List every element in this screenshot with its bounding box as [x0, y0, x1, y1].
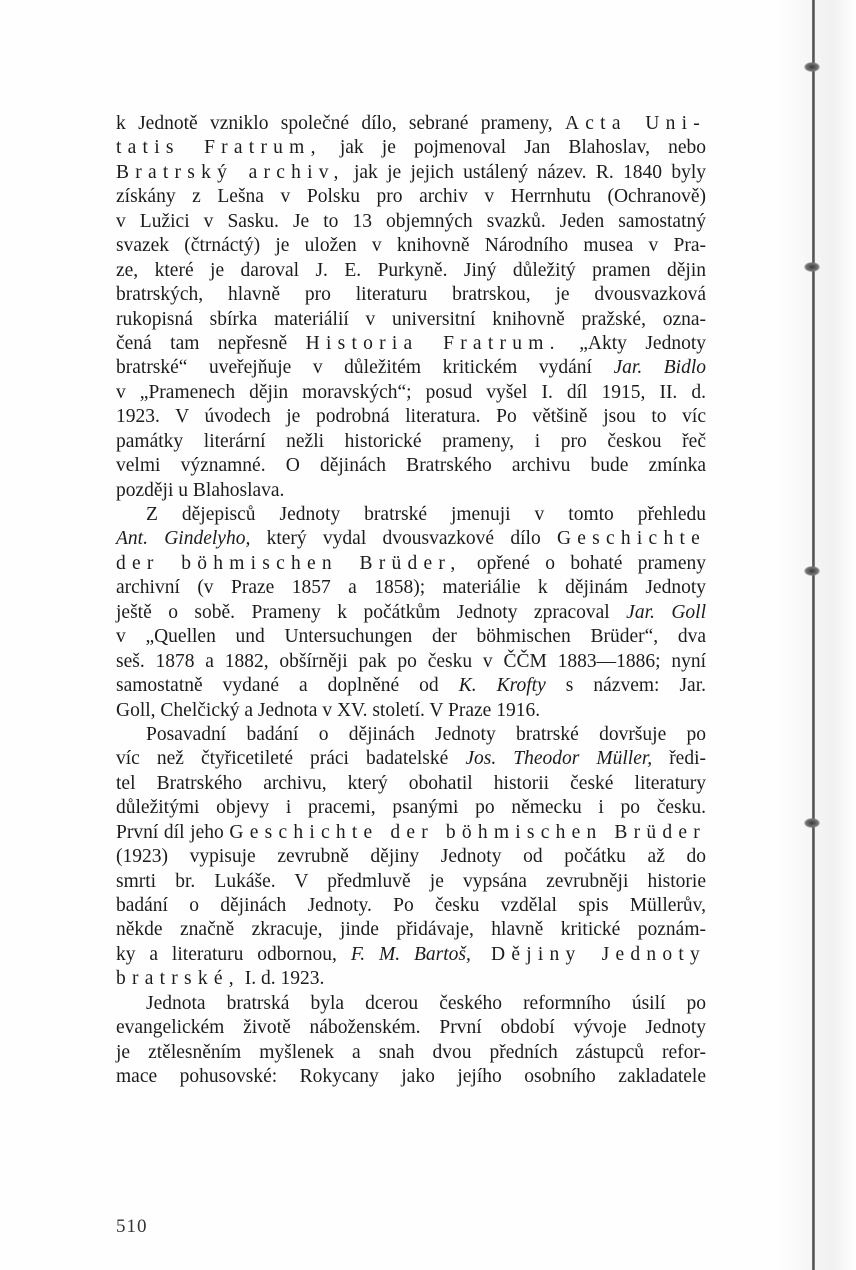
spaced-title: Geschichte der böhmischen Brüder: [229, 822, 706, 843]
text-line: v Lužici v Sasku. Je to 13 objemných sva…: [116, 210, 706, 234]
italic-author: F. M. Bartoš,: [351, 944, 471, 965]
text-line: později u Blahoslava.: [116, 479, 706, 503]
text-line: Bratrský archiv, jak je jejich ustálený …: [116, 161, 706, 185]
spaced-title: Historia Fratrum.: [306, 333, 561, 354]
text-run: někde značně zkracuje, jinde přidávaje, …: [116, 919, 706, 940]
text-run: samostatně vydané a doplněné od: [116, 675, 459, 696]
text-line: svazek (čtrnáctý) je uložen v knihovně N…: [116, 234, 706, 258]
binding-stitch: [804, 818, 820, 828]
text-run: velmi významné. O dějinách Bratrského ar…: [116, 455, 706, 476]
text-line: Jednota bratrská byla dcerou českého ref…: [116, 992, 706, 1016]
text-line: tel Bratrského archivu, který obohatil h…: [116, 772, 706, 796]
text-run: „Akty Jednoty: [561, 333, 706, 354]
text-run: ředi-: [652, 748, 706, 769]
text-line: Posavadní badání o dějinách Jednoty brat…: [116, 723, 706, 747]
text-line: (1923) vypisuje zevrubně dějiny Jednoty …: [116, 845, 706, 869]
text-line: mace pohusovské: Rokycany jako jejího os…: [116, 1065, 706, 1089]
spaced-title: Bratrský archiv,: [116, 162, 345, 183]
text-line: smrti br. Lukáše. V předmluvě je vypsána…: [116, 870, 706, 894]
text-line: ky a literaturu odbornou, F. M. Bartoš, …: [116, 943, 706, 967]
text-run: jak je pojmenoval Jan Blahoslav, nebo: [322, 137, 706, 158]
text-run: Jednota bratrská byla dcerou českého ref…: [146, 993, 706, 1014]
text-line: v „Quellen und Untersuchungen der böhmis…: [116, 625, 706, 649]
text-run: archivní (v Praze 1857 a 1858); materiál…: [116, 577, 706, 598]
text-run: bratrských, hlavně pro literaturu bratrs…: [116, 284, 706, 305]
binding-stitch: [804, 566, 820, 576]
italic-author: Jos. Theodor Müller,: [465, 748, 652, 769]
italic-author: K. Krofty: [459, 675, 546, 696]
text-run: rukopisná sbírka materiálií v universitn…: [116, 309, 706, 330]
text-line: 1923. V úvodech je podrobná literatura. …: [116, 405, 706, 429]
gutter-shadow: [776, 0, 856, 1270]
text-line: Z dějepisců Jednoty bratrské jmenuji v t…: [116, 503, 706, 527]
text-run: získány z Lešna v Polsku pro archiv v He…: [116, 186, 706, 207]
text-line: bratrské“ uveřejňuje v důležitém kritick…: [116, 356, 706, 380]
binding-edge: [812, 0, 815, 1270]
text-run: ky a literaturu odbornou,: [116, 944, 351, 965]
spaced-title: tatis Fratrum,: [116, 137, 322, 158]
text-run: je ztělesněním myšlenek a snah dvou před…: [116, 1042, 706, 1063]
text-run: První díl jeho: [116, 822, 229, 843]
text-run: v „Quellen und Untersuchungen der böhmis…: [116, 626, 706, 647]
italic-author: Ant. Gindelyho,: [116, 528, 250, 549]
body-text: k Jednotě vzniklo společné dílo, sebrané…: [116, 112, 706, 1090]
text-run: jak je jejich ustálený název. R. 1840 by…: [345, 162, 706, 183]
text-run: badání o dějinách Jednoty. Po česku vzdě…: [116, 895, 706, 916]
text-line: čená tam nepřesně Historia Fratrum. „Akt…: [116, 332, 706, 356]
text-run: který vydal dvousvazkové dílo: [250, 528, 557, 549]
text-run: Goll, Chelčický a Jednota v XV. století.…: [116, 700, 540, 721]
text-line: evangelickém životě náboženském. První o…: [116, 1016, 706, 1040]
italic-author: Jar. Bidlo: [613, 357, 706, 378]
text-line: tatis Fratrum, jak je pojmenoval Jan Bla…: [116, 136, 706, 160]
text-line: v „Pramenech dějin moravských“; posud vy…: [116, 381, 706, 405]
spaced-title: bratrské,: [116, 968, 240, 989]
binding-stitch: [804, 262, 820, 272]
text-line: rukopisná sbírka materiálií v universitn…: [116, 308, 706, 332]
text-run: opřené o bohaté prameny: [461, 553, 706, 574]
text-line: archivní (v Praze 1857 a 1858); materiál…: [116, 576, 706, 600]
text-run: mace pohusovské: Rokycany jako jejího os…: [116, 1066, 706, 1087]
text-run: smrti br. Lukáše. V předmluvě je vypsána…: [116, 871, 706, 892]
text-run: v „Pramenech dějin moravských“; posud vy…: [116, 382, 706, 403]
italic-author: Jar. Goll: [626, 602, 706, 623]
text-line: památky literární nežli historické prame…: [116, 430, 706, 454]
spaced-title: Dějiny Jednoty: [471, 944, 706, 965]
spaced-title: der böhmischen Brüder,: [116, 553, 461, 574]
text-line: někde značně zkracuje, jinde přidávaje, …: [116, 918, 706, 942]
text-line: samostatně vydané a doplněné od K. Kroft…: [116, 674, 706, 698]
text-run: Posavadní badání o dějinách Jednoty brat…: [146, 724, 706, 745]
text-line: bratrské, I. d. 1923.: [116, 967, 706, 991]
page-number: 510: [116, 1216, 148, 1238]
text-run: Z dějepisců Jednoty bratrské jmenuji v t…: [146, 504, 706, 525]
text-line: Goll, Chelčický a Jednota v XV. století.…: [116, 699, 706, 723]
text-run: I. d. 1923.: [240, 968, 325, 989]
text-line: velmi významné. O dějinách Bratrského ar…: [116, 454, 706, 478]
text-run: svazek (čtrnáctý) je uložen v knihovně N…: [116, 235, 706, 256]
binding-stitch: [804, 62, 820, 72]
document-page: k Jednotě vzniklo společné dílo, sebrané…: [0, 0, 856, 1270]
text-run: k Jednotě vzniklo společné dílo, sebrané…: [116, 113, 565, 134]
text-line: k Jednotě vzniklo společné dílo, sebrané…: [116, 112, 706, 136]
text-run: (1923) vypisuje zevrubně dějiny Jednoty …: [116, 846, 706, 867]
text-run: tel Bratrského archivu, který obohatil h…: [116, 773, 706, 794]
text-run: čená tam nepřesně: [116, 333, 306, 354]
text-run: ještě o sobě. Prameny k počátkům Jednoty…: [116, 602, 626, 623]
text-line: badání o dějinách Jednoty. Po česku vzdě…: [116, 894, 706, 918]
text-run: v Lužici v Sasku. Je to 13 objemných sva…: [116, 211, 706, 232]
text-line: důležitými objevy i pracemi, psanými po …: [116, 796, 706, 820]
text-run: s názvem: Jar.: [546, 675, 706, 696]
text-run: později u Blahoslava.: [116, 480, 284, 501]
text-run: památky literární nežli historické prame…: [116, 431, 706, 452]
text-line: seš. 1878 a 1882, obšírněji pak po česku…: [116, 650, 706, 674]
text-line: víc než čtyřicetileté práci badatelské J…: [116, 747, 706, 771]
text-line: der böhmischen Brüder, opřené o bohaté p…: [116, 552, 706, 576]
text-run: víc než čtyřicetileté práci badatelské: [116, 748, 465, 769]
text-run: bratrské“ uveřejňuje v důležitém kritick…: [116, 357, 613, 378]
text-run: důležitými objevy i pracemi, psanými po …: [116, 797, 706, 818]
text-run: evangelickém životě náboženském. První o…: [116, 1017, 706, 1038]
text-line: je ztělesněním myšlenek a snah dvou před…: [116, 1041, 706, 1065]
text-run: ze, které je daroval J. E. Purkyně. Jiný…: [116, 260, 706, 281]
spaced-title: Geschichte: [557, 528, 706, 549]
spaced-title: Acta Uni-: [565, 113, 706, 134]
text-run: seš. 1878 a 1882, obšírněji pak po česku…: [116, 651, 706, 672]
text-run: 1923. V úvodech je podrobná literatura. …: [116, 406, 706, 427]
text-line: První díl jeho Geschichte der böhmischen…: [116, 821, 706, 845]
text-line: ze, které je daroval J. E. Purkyně. Jiný…: [116, 259, 706, 283]
text-line: Ant. Gindelyho, který vydal dvousvazkové…: [116, 527, 706, 551]
text-line: získány z Lešna v Polsku pro archiv v He…: [116, 185, 706, 209]
text-line: bratrských, hlavně pro literaturu bratrs…: [116, 283, 706, 307]
text-line: ještě o sobě. Prameny k počátkům Jednoty…: [116, 601, 706, 625]
